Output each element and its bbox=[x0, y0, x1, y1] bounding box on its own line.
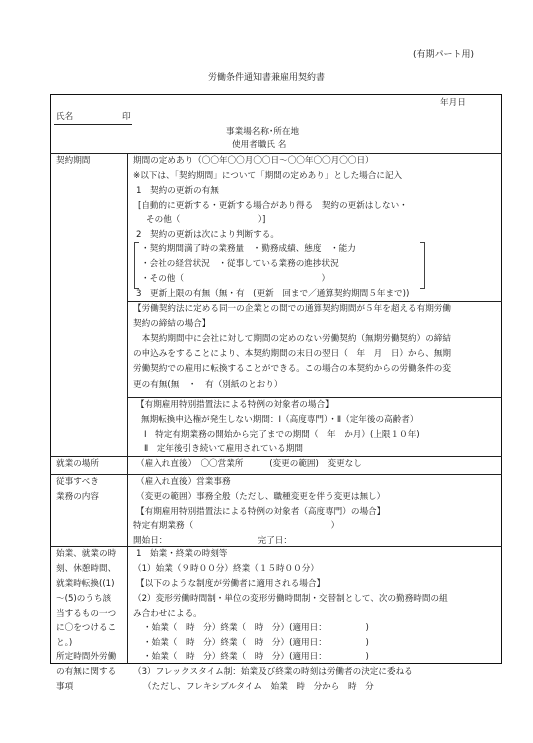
seal-mark: 印 bbox=[122, 113, 131, 122]
hours-line: （2）変形労働時間制・単位の変形労働時間制・交替制として、次の勤務時間の組 bbox=[133, 595, 448, 604]
conversion-line: 労働契約での雇用に転換することができる。この場合の本契約からの労働条件の変 bbox=[133, 365, 451, 374]
duties-line: 特定有期業務（ ） bbox=[133, 522, 339, 531]
duties-label: 従事すべき bbox=[56, 478, 99, 487]
special-measures-line: Ⅰ 特定有期業務の開始から完了までの期間（ 年 か月）(上限１０年) bbox=[144, 431, 420, 440]
hours-label: の有無に関する bbox=[56, 668, 116, 677]
row-divider bbox=[50, 474, 502, 475]
row-divider bbox=[50, 546, 502, 547]
special-measures-line: 無期転換申込権が発生しない期間：Ⅰ（高度専門）・Ⅱ（定年後の高齢者） bbox=[141, 416, 418, 425]
renewal-criteria: ・その他（ ） bbox=[141, 275, 330, 284]
hours-label: 刻、休憩時間、 bbox=[56, 565, 116, 574]
conversion-line: 【労働契約法に定める同一の企業との間での通算契約期間が５年を超える有期労働 bbox=[133, 305, 451, 314]
column-divider bbox=[127, 153, 128, 664]
row-divider bbox=[50, 153, 502, 154]
left-bracket bbox=[134, 242, 139, 289]
date-field: 年月日 bbox=[440, 99, 466, 108]
contract-period-line: その他（ ）] bbox=[146, 216, 265, 225]
special-measures-line: Ⅱ 定年後引き続いて雇用されている期間 bbox=[144, 445, 303, 454]
right-bracket bbox=[420, 242, 425, 289]
row-divider bbox=[127, 301, 502, 302]
hours-line: ・始業（ 時 分）終業（ 時 分）(適用日： ) bbox=[143, 639, 369, 648]
renewal-criteria: ・会社の経営状況 ・従事している業務の進捗状況 bbox=[141, 260, 339, 269]
hours-line: （3）フレックスタイム制：始業及び終業の時刻は労働者の決定に委ねる bbox=[133, 668, 413, 677]
workplace-value: （雇入れ直後） 〇〇営業所 (変更の範囲) 変更なし bbox=[136, 460, 362, 469]
hours-line: 【以下のような制度が労働者に適用される場合】 bbox=[136, 580, 325, 589]
contract-period-line: [自動的に更新する・更新する場合があり得る 契約の更新はしない・ bbox=[138, 202, 408, 211]
name-label: 氏名 bbox=[56, 113, 73, 122]
conversion-line: 更の有無(無 ・ 有（別紙のとおり） bbox=[133, 381, 282, 390]
contract-period-label: 契約期間 bbox=[56, 157, 90, 166]
employer-title-name: 使用者職氏 名 bbox=[232, 141, 286, 150]
conversion-line: 本契約期間中に会社に対して期間の定めのない労働契約（無期労働契約）の締結 bbox=[133, 335, 451, 344]
duties-line: 開始日： 完了日： bbox=[133, 537, 292, 546]
hours-line: み合わせによる。 bbox=[133, 610, 202, 619]
hours-label: 所定時間外労働 bbox=[56, 653, 116, 662]
hours-label: 当するもの一つ bbox=[56, 610, 116, 619]
row-divider bbox=[50, 456, 502, 457]
contract-period-line: 2 契約の更新は次により判断する。 bbox=[136, 231, 279, 240]
document-title: 労働条件通知書兼雇用契約書 bbox=[0, 74, 533, 83]
hours-line: ・始業（ 時 分）終業（ 時 分）(適用日： ) bbox=[143, 653, 369, 662]
form-type-label: (有期パート用) bbox=[413, 51, 474, 60]
hours-label: と。) bbox=[56, 639, 72, 648]
hours-line: ・始業（ 時 分）終業（ 時 分）(適用日： ) bbox=[143, 624, 369, 633]
conversion-line: の申込みをすることにより、本契約期間の末日の翌日（ 年 月 日）から、無期 bbox=[133, 350, 451, 359]
duties-line: 【有期雇用特別措置法による特例の対象者（高度専門）の場合】 bbox=[136, 508, 385, 517]
hours-label: 事項 bbox=[56, 683, 73, 692]
hours-label: ～(5)のうち該 bbox=[56, 595, 111, 604]
workplace-label: 就業の場所 bbox=[56, 460, 99, 469]
contract-period-line: 期間の定めあり（〇〇年〇〇月〇〇日～〇〇年〇〇月〇〇日） bbox=[133, 157, 374, 166]
duties-line: （雇入れ直後）営業事務 bbox=[136, 478, 231, 487]
hours-line: （1）始業（９時００分）終業（１５時００分） bbox=[133, 565, 319, 574]
row-divider bbox=[127, 397, 502, 398]
contract-period-line: 3 更新上限の有無（無・有 (更新 回まで／通算契約期間５年まで)) bbox=[136, 290, 409, 299]
workplace-name-address: 事業場名称･所在地 bbox=[226, 128, 299, 137]
hours-line: （ただし、フレキシブルタイム 始業 時 分から 時 分 bbox=[143, 683, 374, 692]
conversion-line: 契約の締結の場合】 bbox=[133, 320, 210, 329]
contract-period-line: ※以下は、「契約期間」について「期間の定めあり」とした場合に記入 bbox=[133, 172, 402, 181]
renewal-criteria: ・契約期間満了時の業務量 ・勤務成績、態度 ・能力 bbox=[141, 245, 356, 254]
hours-line: 1 始業・終業の時刻等 bbox=[136, 550, 227, 559]
special-measures-line: 【有期雇用特別措置法による特例の対象者の場合】 bbox=[136, 401, 334, 410]
name-underline bbox=[54, 124, 132, 125]
duties-line: （変更の範囲）事務全般（ただし、職種変更を伴う変更は無し） bbox=[136, 493, 385, 502]
hours-label: 就業時転換((1) bbox=[56, 580, 115, 589]
hours-label: に〇をつけるこ bbox=[56, 624, 116, 633]
hours-label: 始業、就業の時 bbox=[56, 550, 116, 559]
contract-period-line: 1 契約の更新の有無 bbox=[136, 187, 219, 196]
duties-label: 業務の内容 bbox=[56, 493, 99, 502]
